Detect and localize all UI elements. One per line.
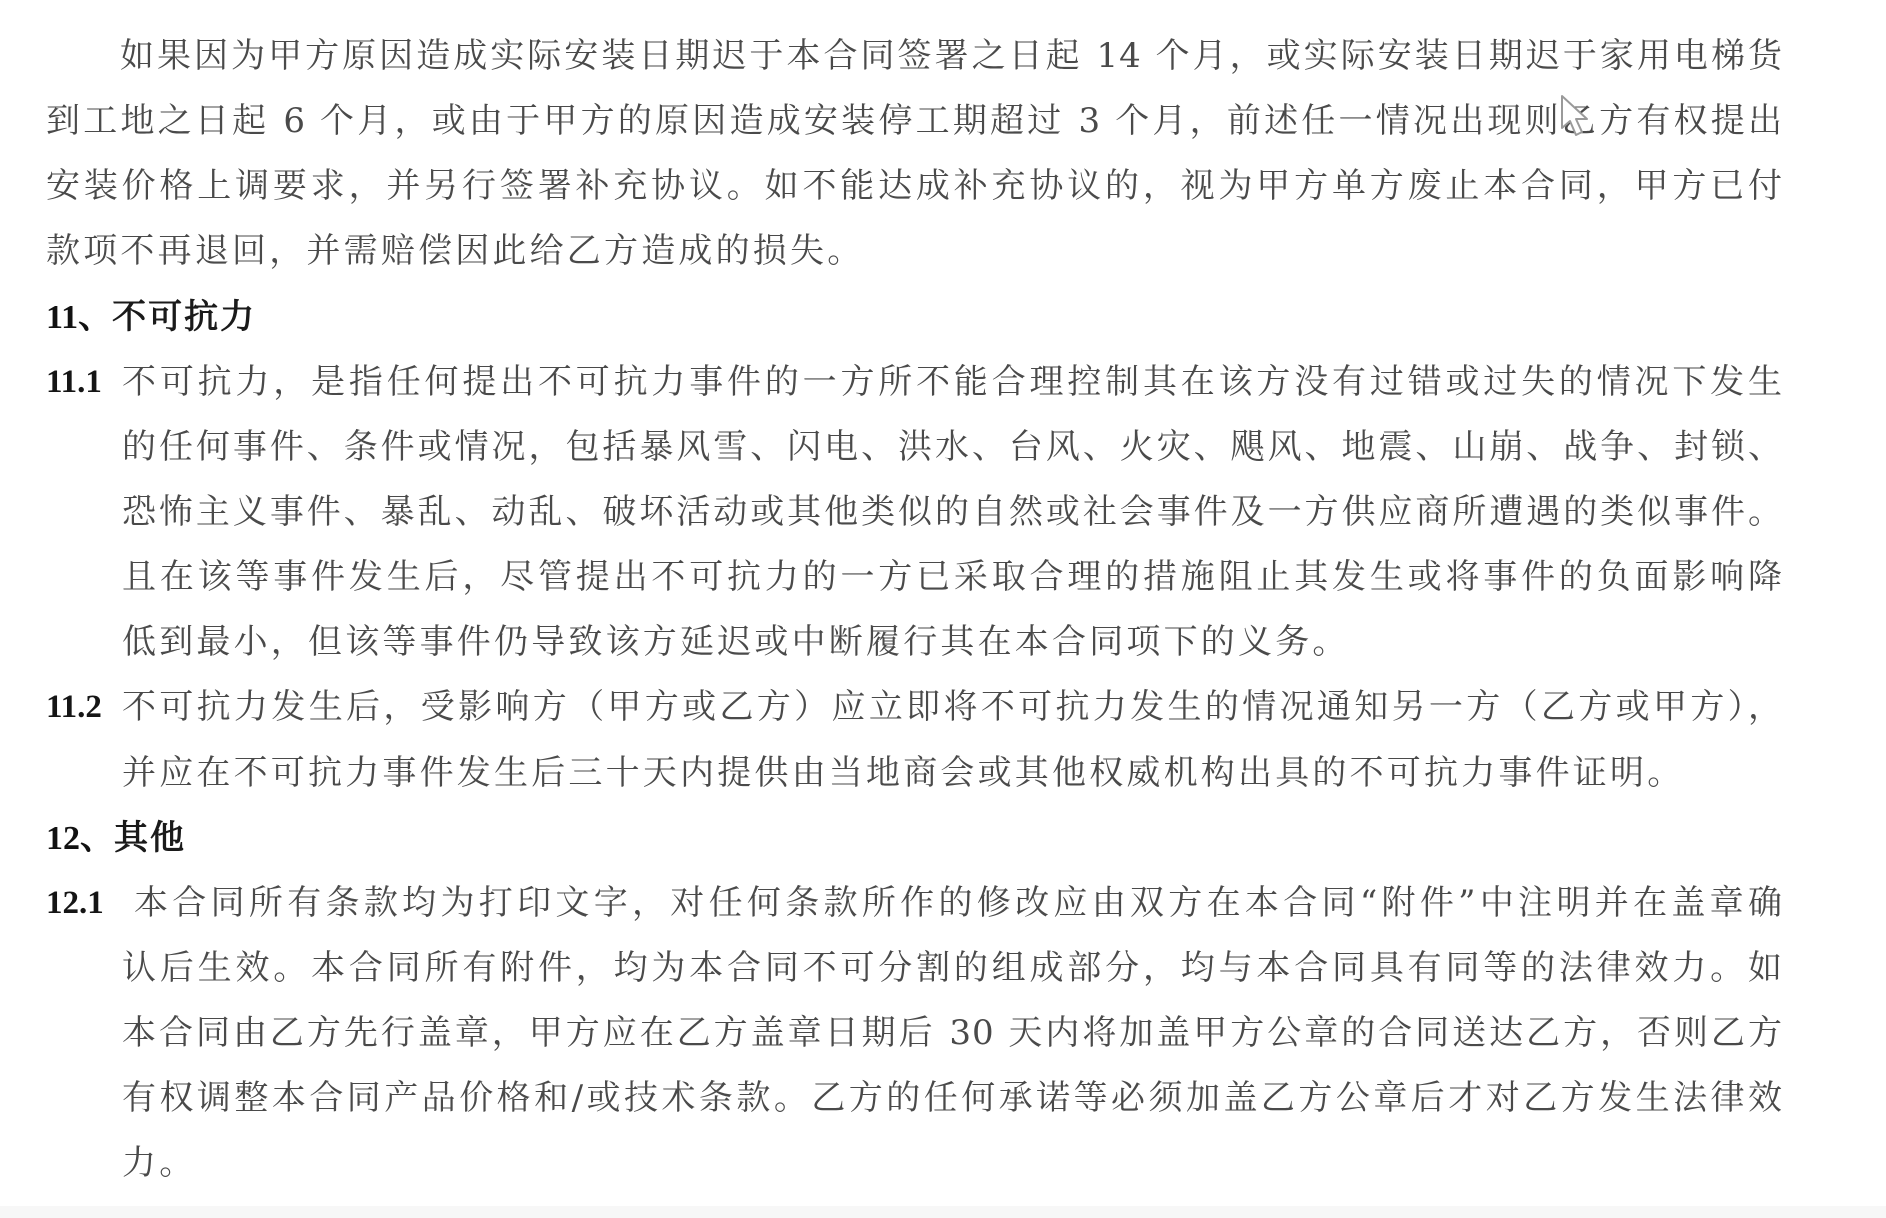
clause-11-1-line-2: 的任何事件、条件或情况，包括暴风雪、闪电、洪水、台风、火灾、飓风、地震、山崩、战… bbox=[122, 415, 1783, 479]
clause-12-1-line-2: 认后生效。本合同所有附件，均为本合同不可分割的组成部分，均与本合同具有同等的法律… bbox=[122, 936, 1783, 1000]
paragraph-text: 款项不再退回，并需赔偿因此给乙方造成的损失。 bbox=[46, 219, 1783, 283]
section-number: 12、 bbox=[46, 820, 114, 857]
paragraph-text: 如果因为甲方原因造成实际安装日期迟于本合同签署之日起 14 个月，或实际安装日期… bbox=[120, 24, 1783, 88]
paragraph-text: 安装价格上调要求，并另行签署补充协议。如不能达成补充协议的，视为甲方单方废止本合… bbox=[46, 154, 1783, 218]
clause-text: 认后生效。本合同所有附件，均为本合同不可分割的组成部分，均与本合同具有同等的法律… bbox=[122, 936, 1783, 1000]
section-title: 其他 bbox=[114, 818, 186, 858]
clause-12-1-line-1: 本合同所有条款均为打印文字，对任何条款所作的修改应由双方在本合同“附件”中注明并… bbox=[134, 871, 1783, 935]
clause-11-2-line-1: 不可抗力发生后，受影响方（甲方或乙方）应立即将不可抗力发生的情况通知另一方（乙方… bbox=[122, 675, 1783, 739]
clause-text: 低到最小，但该等事件仍导致该方延迟或中断履行其在本合同项下的义务。 bbox=[122, 610, 1783, 674]
clause-text: 不可抗力发生后，受影响方（甲方或乙方）应立即将不可抗力发生的情况通知另一方（乙方… bbox=[122, 675, 1783, 739]
bottom-edge bbox=[0, 1206, 1886, 1218]
clause-text: 本合同所有条款均为打印文字，对任何条款所作的修改应由双方在本合同“附件”中注明并… bbox=[134, 871, 1783, 935]
clause-text: 恐怖主义事件、暴乱、动乱、破坏活动或其他类似的自然或社会事件及一方供应商所遭遇的… bbox=[122, 480, 1783, 544]
clause-number-12-1: 12.1 bbox=[46, 871, 104, 935]
clause-11-2-line-2: 并应在不可抗力事件发生后三十天内提供由当地商会或其他权威机构出具的不可抗力事件证… bbox=[122, 741, 1783, 805]
section-number: 11、 bbox=[46, 299, 112, 336]
clause-text: 本合同由乙方先行盖章，甲方应在乙方盖章日期后 30 天内将加盖甲方公章的合同送达… bbox=[122, 1001, 1783, 1065]
intro-line-1: 如果因为甲方原因造成实际安装日期迟于本合同签署之日起 14 个月，或实际安装日期… bbox=[120, 24, 1783, 88]
section-11-heading: 11、不可抗力 bbox=[46, 285, 256, 349]
clause-11-1-line-4: 且在该等事件发生后，尽管提出不可抗力的一方已采取合理的措施阻止其发生或将事件的负… bbox=[122, 545, 1783, 609]
clause-11-1-line-3: 恐怖主义事件、暴乱、动乱、破坏活动或其他类似的自然或社会事件及一方供应商所遭遇的… bbox=[122, 480, 1783, 544]
intro-line-4: 款项不再退回，并需赔偿因此给乙方造成的损失。 bbox=[46, 219, 1783, 283]
clause-text: 不可抗力，是指任何提出不可抗力事件的一方所不能合理控制其在该方没有过错或过失的情… bbox=[122, 350, 1783, 414]
clause-text: 且在该等事件发生后，尽管提出不可抗力的一方已采取合理的措施阻止其发生或将事件的负… bbox=[122, 545, 1783, 609]
clause-12-1-line-5: 力。 bbox=[122, 1131, 1783, 1195]
clause-12-1-line-4: 有权调整本合同产品价格和/或技术条款。乙方的任何承诺等必须加盖乙方公章后才对乙方… bbox=[122, 1066, 1783, 1130]
mouse-pointer-arrow-icon bbox=[1560, 94, 1594, 140]
clause-number-11-1: 11.1 bbox=[46, 350, 102, 414]
clause-text: 的任何事件、条件或情况，包括暴风雪、闪电、洪水、台风、火灾、飓风、地震、山崩、战… bbox=[122, 415, 1783, 479]
clause-11-1-line-5: 低到最小，但该等事件仍导致该方延迟或中断履行其在本合同项下的义务。 bbox=[122, 610, 1783, 674]
intro-line-2: 到工地之日起 6 个月，或由于甲方的原因造成安装停工期超过 3 个月，前述任一情… bbox=[46, 89, 1783, 153]
clause-12-1-line-3: 本合同由乙方先行盖章，甲方应在乙方盖章日期后 30 天内将加盖甲方公章的合同送达… bbox=[122, 1001, 1783, 1065]
document-page: 如果因为甲方原因造成实际安装日期迟于本合同签署之日起 14 个月，或实际安装日期… bbox=[0, 0, 1886, 1206]
section-title: 不可抗力 bbox=[112, 297, 256, 337]
clause-text: 力。 bbox=[122, 1131, 1783, 1195]
clause-text: 有权调整本合同产品价格和/或技术条款。乙方的任何承诺等必须加盖乙方公章后才对乙方… bbox=[122, 1066, 1783, 1130]
section-12-heading: 12、其他 bbox=[46, 806, 186, 870]
clause-number-11-2: 11.2 bbox=[46, 675, 102, 739]
clause-text: 并应在不可抗力事件发生后三十天内提供由当地商会或其他权威机构出具的不可抗力事件证… bbox=[122, 741, 1783, 805]
clause-11-1-line-1: 不可抗力，是指任何提出不可抗力事件的一方所不能合理控制其在该方没有过错或过失的情… bbox=[122, 350, 1783, 414]
paragraph-text: 到工地之日起 6 个月，或由于甲方的原因造成安装停工期超过 3 个月，前述任一情… bbox=[46, 89, 1783, 153]
intro-line-3: 安装价格上调要求，并另行签署补充协议。如不能达成补充协议的，视为甲方单方废止本合… bbox=[46, 154, 1783, 218]
